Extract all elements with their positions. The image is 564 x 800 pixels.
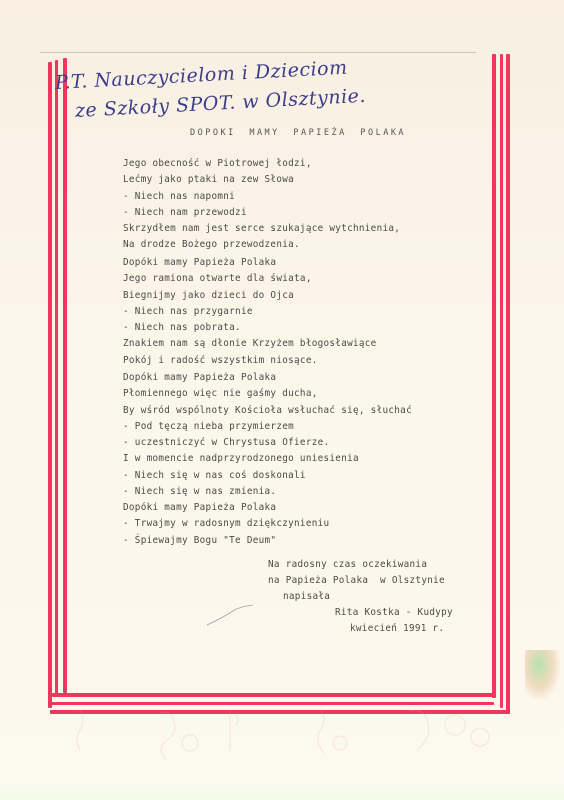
poem-line: By wśród wspólnoty Kościoła wsłuchać się…	[123, 403, 412, 419]
poem-line: - Śpiewajmy Bogu "Te Deum"	[123, 533, 329, 549]
stanza-1: Jego obecność w Piotrowej łodzi, Lećmy j…	[123, 156, 400, 254]
poem-line: Lećmy jako ptaki na zew Słowa	[123, 172, 400, 188]
poem-line: - Trwajmy w radosnym dziękczynieniu	[123, 516, 329, 532]
bleed-through-marks	[60, 705, 540, 760]
paper-edge	[40, 52, 476, 53]
stanza-4: Dopóki mamy Papieża Polaka - Trwajmy w r…	[123, 500, 329, 549]
poem-line: Biegnijmy jako dzieci do Ojca	[123, 288, 377, 304]
stain	[525, 650, 560, 700]
poem-line: I w momencie nadprzyrodzonego uniesienia	[123, 451, 412, 467]
poem-line: Płomiennego więc nie gaśmy ducha,	[123, 386, 412, 402]
scanned-page: P.T. Nauczycielom i Dzieciom ze Szkoły S…	[0, 0, 564, 800]
pencil-mark	[205, 603, 255, 628]
stanza-2: Dopóki mamy Papieża Polaka Jego ramiona …	[123, 255, 377, 369]
poem-line: Jego ramiona otwarte dla świata,	[123, 271, 377, 287]
poem-line: - Niech nas napomni	[123, 189, 400, 205]
signoff-line-1: Na radosny czas oczekiwania	[268, 557, 453, 573]
poem-line: - Niech się w nas zmienia.	[123, 484, 412, 500]
poem-line: Dopóki mamy Papieża Polaka	[123, 500, 329, 516]
poem-line: - Niech nas przygarnie	[123, 304, 377, 320]
poem-line: - Niech nas pobrata.	[123, 320, 377, 336]
author-name: Rita Kostka - Kudypy	[268, 605, 453, 621]
stanza-3: Dopóki mamy Papieża Polaka Płomiennego w…	[123, 370, 412, 500]
scan-edge	[0, 780, 564, 800]
poem-title: DOPOKI MAMY PAPIEŻA POLAKA	[190, 128, 406, 138]
poem-line: Pokój i radość wszystkim niosące.	[123, 353, 377, 369]
poem-line: Na drodze Bożego przewodzenia.	[123, 237, 400, 253]
poem-line: Dopóki mamy Papieża Polaka	[123, 255, 377, 271]
poem-line: - Pod tęczą nieba przymierzem	[123, 419, 412, 435]
signoff-line-2: na Papieża Polaka w Olsztynie	[268, 573, 453, 589]
poem-line: Skrzydłem nam jest serce szukające wytch…	[123, 221, 400, 237]
signoff: Na radosny czas oczekiwania na Papieża P…	[268, 557, 453, 637]
poem-line: Dopóki mamy Papieża Polaka	[123, 370, 412, 386]
signoff-line-3: napisała	[268, 589, 453, 605]
poem-line: Znakiem nam są dłonie Krzyżem błogosławi…	[123, 336, 377, 352]
poem-line: - uczestniczyć w Chrystusa Ofierze.	[123, 435, 412, 451]
date: kwiecień 1991 r.	[268, 621, 453, 637]
poem-line: - Niech się w nas coś doskonali	[123, 468, 412, 484]
poem-line: - Niech nam przewodzi	[123, 205, 400, 221]
poem-line: Jego obecność w Piotrowej łodzi,	[123, 156, 400, 172]
